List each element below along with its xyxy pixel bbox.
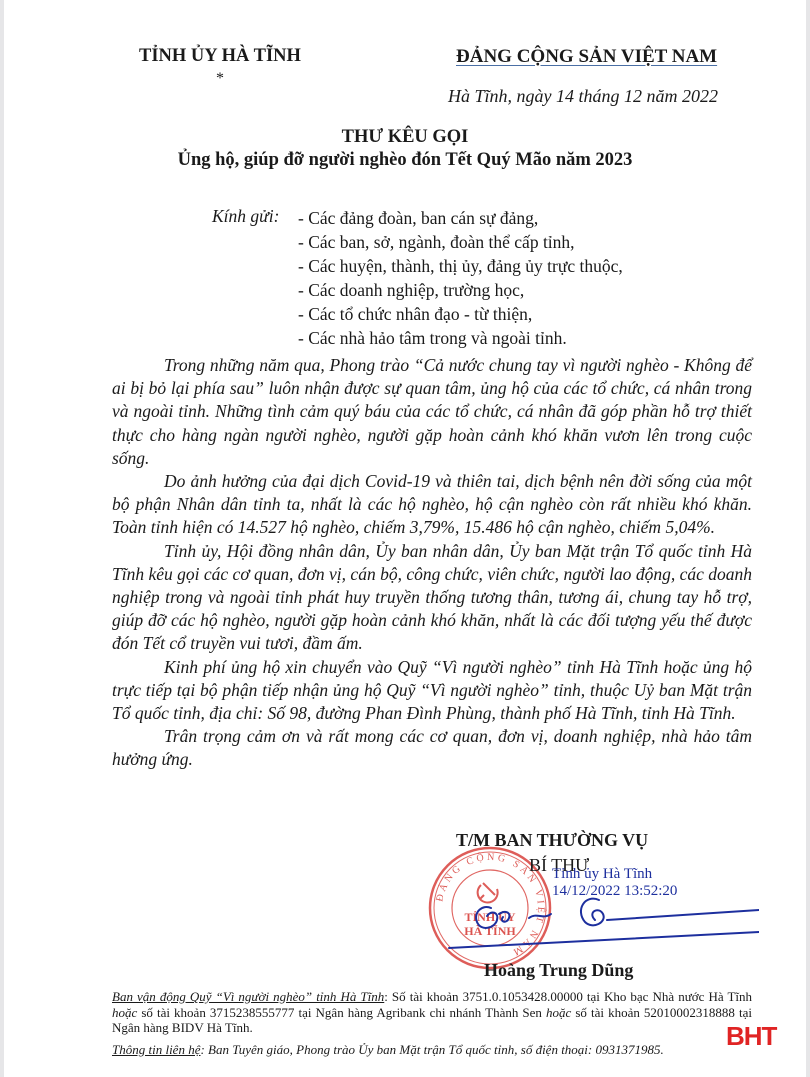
- letter-body: Trong những năm qua, Phong trào “Cả nước…: [112, 354, 752, 772]
- fund-or: hoặc: [112, 1005, 137, 1020]
- date-line: Hà Tĩnh, ngày 14 tháng 12 năm 2022: [448, 86, 718, 107]
- recipient-item: - Các ban, sở, ngành, đoàn thể cấp tỉnh,: [298, 230, 623, 254]
- document-page: TỈNH ỦY HÀ TĨNH * ĐẢNG CỘNG SẢN VIỆT NAM…: [4, 0, 806, 1077]
- recipient-item: - Các doanh nghiệp, trường học,: [298, 278, 623, 302]
- signer-name: Hoàng Trung Dũng: [484, 960, 633, 981]
- recipient-item: - Các tổ chức nhân đạo - từ thiện,: [298, 302, 623, 326]
- signature-on-behalf: T/M BAN THƯỜNG VỤ: [456, 830, 648, 851]
- body-paragraph: Kinh phí ủng hộ xin chuyển vào Quỹ “Vì n…: [112, 656, 752, 726]
- recipients-list: - Các đảng đoàn, ban cán sự đảng, - Các …: [298, 206, 623, 350]
- contact-info: Thông tin liên hệ: Ban Tuyên giáo, Phong…: [112, 1042, 752, 1058]
- handwritten-signature-icon: [429, 880, 759, 960]
- fund-label: Ban vận động Quỹ “Vì người nghèo” tỉnh H…: [112, 989, 384, 1004]
- bht-logo: BHT: [726, 1021, 776, 1052]
- recipient-item: - Các huyện, thành, thị ủy, đảng ủy trực…: [298, 254, 623, 278]
- contact-text: : Ban Tuyên giáo, Phong trào Ủy ban Mặt …: [200, 1042, 663, 1057]
- fund-text: số tài khoản 3715238555777 tại Ngân hàng…: [137, 1005, 546, 1020]
- body-paragraph: Trong những năm qua, Phong trào “Cả nước…: [112, 354, 752, 470]
- issuing-org: TỈNH ỦY HÀ TĨNH: [139, 46, 301, 67]
- body-paragraph: Do ảnh hưởng của đại dịch Covid-19 và th…: [112, 470, 752, 540]
- party-name: ĐẢNG CỘNG SẢN VIỆT NAM: [456, 46, 717, 68]
- org-mark: *: [216, 70, 224, 88]
- contact-label: Thông tin liên hệ: [112, 1042, 200, 1057]
- body-paragraph: Trân trọng cảm ơn và rất mong các cơ qua…: [112, 725, 752, 771]
- recipient-item: - Các nhà hảo tâm trong và ngoài tỉnh.: [298, 326, 623, 350]
- fund-info: Ban vận động Quỹ “Vì người nghèo” tỉnh H…: [112, 989, 752, 1036]
- fund-or: hoặc: [546, 1005, 571, 1020]
- fund-text: : Số tài khoản 3751.0.1053428.00000 tại …: [384, 989, 752, 1004]
- recipient-item: - Các đảng đoàn, ban cán sự đảng,: [298, 206, 623, 230]
- document-subtitle: Ủng hộ, giúp đỡ người nghèo đón Tết Quý …: [4, 150, 806, 171]
- document-title: THƯ KÊU GỌI: [4, 127, 806, 148]
- recipients-label: Kính gửi:: [212, 206, 279, 227]
- body-paragraph: Tỉnh ủy, Hội đồng nhân dân, Ủy ban nhân …: [112, 540, 752, 656]
